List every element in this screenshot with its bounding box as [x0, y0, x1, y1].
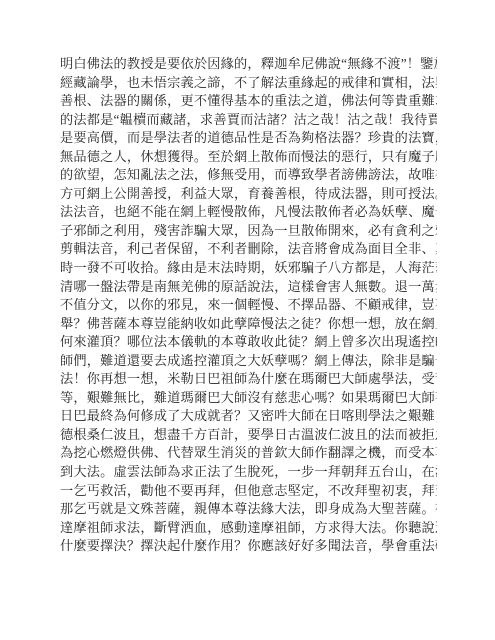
text-line: 清哪一盤法帶是南無羌佛的原話說法，這樣會害人無數。退一萬步，就算佛法 [60, 278, 437, 297]
document-page: 明白佛法的教授是要依於因緣的，釋迦牟尼佛說“無緣不渡”！鑒於你不通 經藏論學，也… [0, 0, 495, 640]
text-line: 子邪師之利用，殘害詐騙大眾，因為一旦散佈開來，必有貪利之邪人巫師借機 [60, 222, 437, 241]
text-line: 德根桑仁波且，想盡千方百計，要學日古溫波仁波且的法而被拒之門外，後借 [60, 426, 437, 445]
text-line: 什麼要擇決？擇決起什麼作用？你應該好好多聞法音，學會重法敬法的教義 [60, 537, 437, 556]
text-line: 為挖心燃燈供佛、代替眾生消災的普欽大師作翻譯之機，而受本尊灌頂，才學 [60, 444, 437, 463]
text-line: 到大法。虛雲法師為求正法了生脫死，一步一拜朝拜五台山，在江中淹死，被 [60, 463, 437, 482]
text-line: 等，艱難無比，難道瑪爾巴大師沒有慈悲心嗎？如果瑪爾巴大師不慈悲，米勒 [60, 389, 437, 408]
text-line: 時一發不可收拾。緣由是末法時期，妖邪騙子八方都是，人海茫茫，誰也分不 [60, 259, 437, 278]
text-line: 何來灌頂？哪位法本儀軌的本尊敢收此徒？網上曾多次出現遙控皈依之小妖 [60, 333, 437, 352]
text-line: 舉？佛菩薩本尊豈能納收如此孽障慢法之徒？你想一想，放在網上散佈、傳播， [60, 315, 437, 334]
text-line: 方可網上公開善授，利益大眾，育養善根，待成法器，則可授法。包括佛陀說 [60, 185, 437, 204]
text-line: 的欲望，怎知亂法之法，修無受用，而導致學者謗佛謗法，故唯在修行部分， [60, 166, 437, 185]
text-line: 法法音，也絕不能在網上輕慢散佈，凡慢法散佈者必為妖孽、魔子魔孫，或騙 [60, 203, 437, 222]
text-line: 日巴最終為何修成了大成就者？又密吽大師在日喀則學法之艱難；另有大聖 [60, 407, 437, 426]
text-line: 師們，難道還要去成遙控灌頂之大妖孽嗎？網上傳法，除非是騙子妖人傳假佛 [60, 352, 437, 371]
text-line: 不值分文，以你的邪見，來一個輕慢、不擇品器、不顧戒律，豈不地獄有份之 [60, 296, 437, 315]
text-line: 經藏論學，也未悟宗義之諦，不了解法重緣起的戒律和實相，法與眾生因果、 [60, 74, 437, 93]
text-line: 明白佛法的教授是要依於因緣的，釋迦牟尼佛說“無緣不渡”！鑒於你不通 [60, 55, 437, 74]
text-line: 法！你再想一想，米勒日巴祖師為什麼在瑪爾巴大師處學法，受苦磨難考驗等 [60, 370, 437, 389]
text-line: 的法都是“韞櫝而藏諸，求善賈而沽諸？沽之哉！沽之哉！我待賈者也。”不 [60, 111, 437, 130]
text-line: 善根、法器的關係，更不懂得基本的重法之道，佛法何等貴重難求？十方諸佛 [60, 92, 437, 111]
text-line: 是要高價，而是學法者的道德品性是否為夠格法器？珍貴的法寶，不是善類者、 [60, 129, 437, 148]
text-line: 無品德之人，休想獲得。至於網上散佈而慢法的惡行，只有魔子魔孫亂法于眾 [60, 148, 437, 167]
text-line: 一乞丐救活，勸他不要再拜，但他意志堅定，不改拜聖初衷，拜至五台，原來 [60, 482, 437, 501]
text-line: 達摩祖師求法，斷臂洒血，感動達摩祖師，方求得大法。你聽說過擇決吧？為 [60, 519, 437, 538]
text-line: 剪輯法音，利己者保留，不利者刪除，法音將會成為面目全非、真諦錯亂，屆 [60, 240, 437, 259]
text-line: 那乞丐就是文殊菩薩，親傳本尊法緣大法，即身成為大聖菩薩。禪宗慧可為向 [60, 500, 437, 519]
body-text: 明白佛法的教授是要依於因緣的，釋迦牟尼佛說“無緣不渡”！鑒於你不通 經藏論學，也… [60, 55, 437, 556]
